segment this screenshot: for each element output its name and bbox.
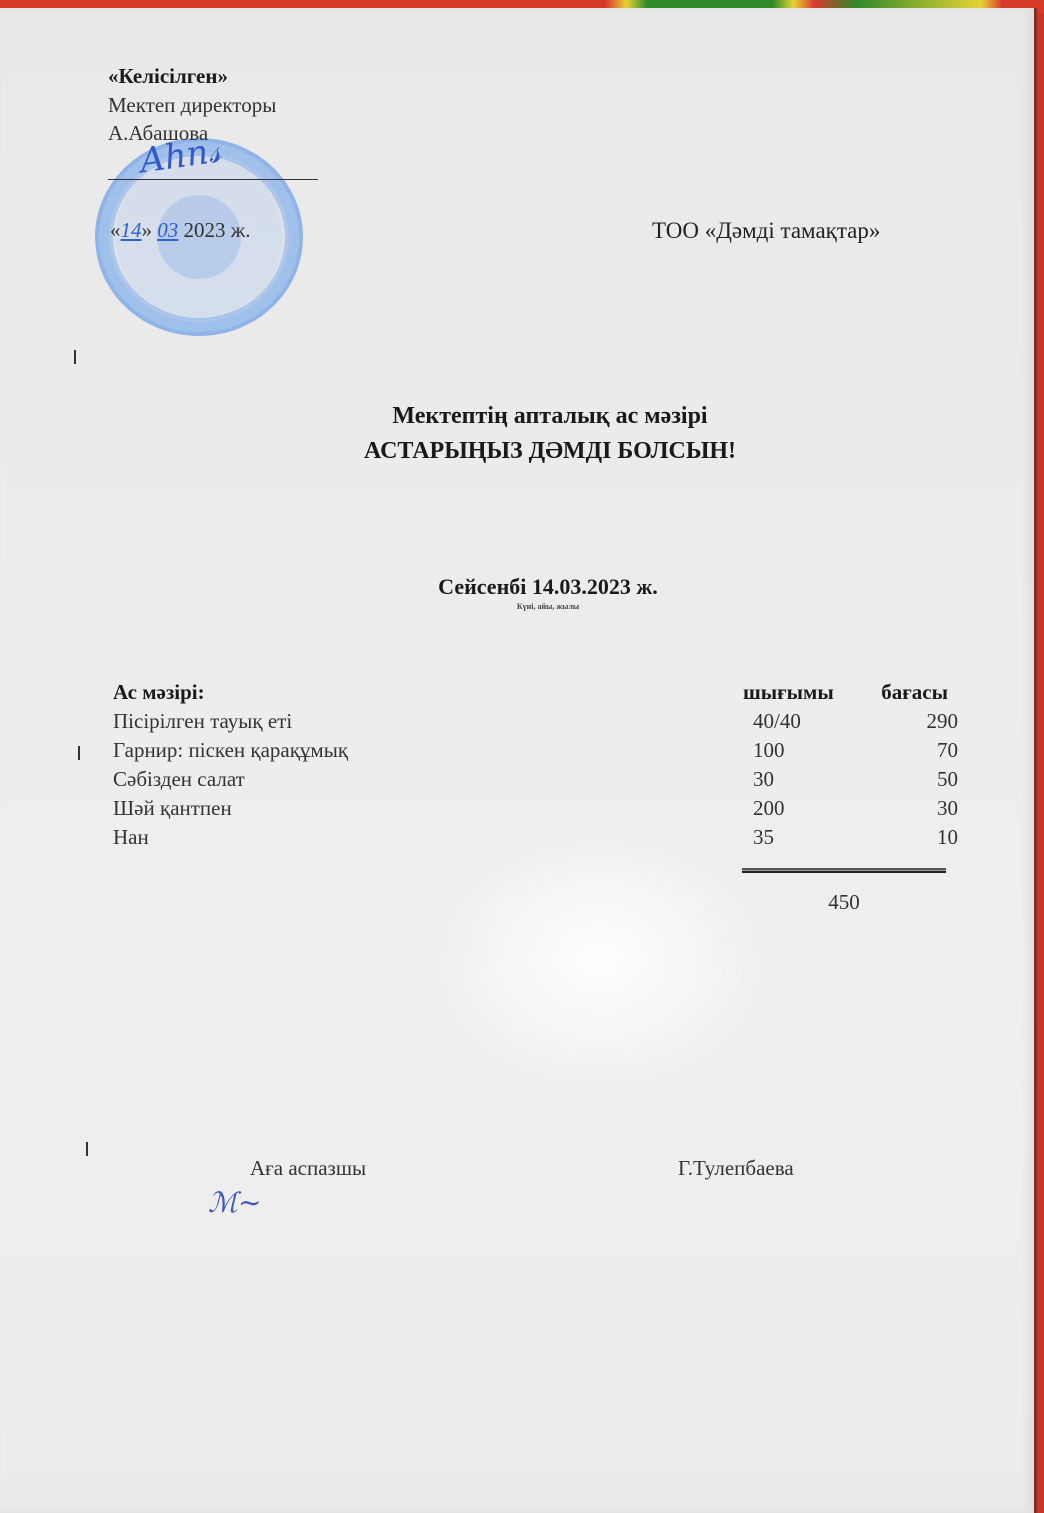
menu-day: Сейсенбі 14.03.2023 ж. [0, 574, 1044, 600]
page-subtitle: АСТАРЫҢЫЗ ДӘМДІ БОЛСЫН! [0, 438, 1044, 465]
item-name: Гарнир: піскен қарақұмық [113, 736, 743, 765]
company-name: ТОО «Дәмді тамақтар» [652, 218, 880, 244]
date-day: 14 [121, 218, 142, 242]
table-row: Шәй қантпен 200 30 [113, 794, 958, 823]
item-output: 40/40 [743, 707, 863, 736]
header-price: бағасы [853, 678, 948, 707]
item-name: Пісірілген тауық еті [113, 707, 743, 736]
item-output: 200 [743, 794, 863, 823]
item-price: 70 [863, 736, 958, 765]
table-row: Гарнир: піскен қарақұмық 100 70 [113, 736, 958, 765]
date-year: 2023 ж. [184, 218, 251, 242]
total-divider [742, 868, 946, 873]
director-name: А.Абашова [108, 121, 208, 146]
cook-label: Аға аспазшы [250, 1156, 366, 1181]
table-row: Пісірілген тауық еті 40/40 290 [113, 707, 958, 736]
cook-signature: ℳ∼ [208, 1186, 261, 1219]
director-title: Мектеп директоры [108, 93, 276, 118]
menu-day-caption: Күні, айы, жылы [0, 602, 1044, 611]
margin-mark [78, 746, 80, 760]
page-title: Мектептің апталық ас мәзірі [0, 403, 1044, 430]
item-price: 50 [863, 765, 958, 794]
header-name: Ас мәзірі: [113, 678, 743, 707]
item-name: Нан [113, 823, 743, 852]
approval-label: «Келісілген» [108, 64, 228, 89]
light-glare [430, 828, 770, 1088]
menu-table: Ас мәзірі: шығымы бағасы Пісірілген тауы… [113, 678, 958, 852]
margin-mark [86, 1142, 88, 1156]
approval-date: «14» 03 2023 ж. [110, 218, 251, 243]
cook-name: Г.Тулепбаева [678, 1156, 794, 1181]
signature-line [108, 179, 318, 180]
item-output: 35 [743, 823, 863, 852]
margin-mark [74, 350, 76, 364]
item-output: 30 [743, 765, 863, 794]
item-price: 290 [863, 707, 958, 736]
item-name: Сәбізден салат [113, 765, 743, 794]
table-row: Сәбізден салат 30 50 [113, 765, 958, 794]
table-row: Нан 35 10 [113, 823, 958, 852]
item-price: 30 [863, 794, 958, 823]
date-month: 03 [157, 218, 178, 242]
item-name: Шәй қантпен [113, 794, 743, 823]
header-output: шығымы [743, 678, 853, 707]
document-page: Ahn𝓈 «Келісілген» Мектеп директоры А.Аба… [0, 8, 1037, 1513]
item-price: 10 [863, 823, 958, 852]
item-output: 100 [743, 736, 863, 765]
table-header: Ас мәзірі: шығымы бағасы [113, 678, 958, 707]
menu-total: 450 [742, 890, 946, 915]
